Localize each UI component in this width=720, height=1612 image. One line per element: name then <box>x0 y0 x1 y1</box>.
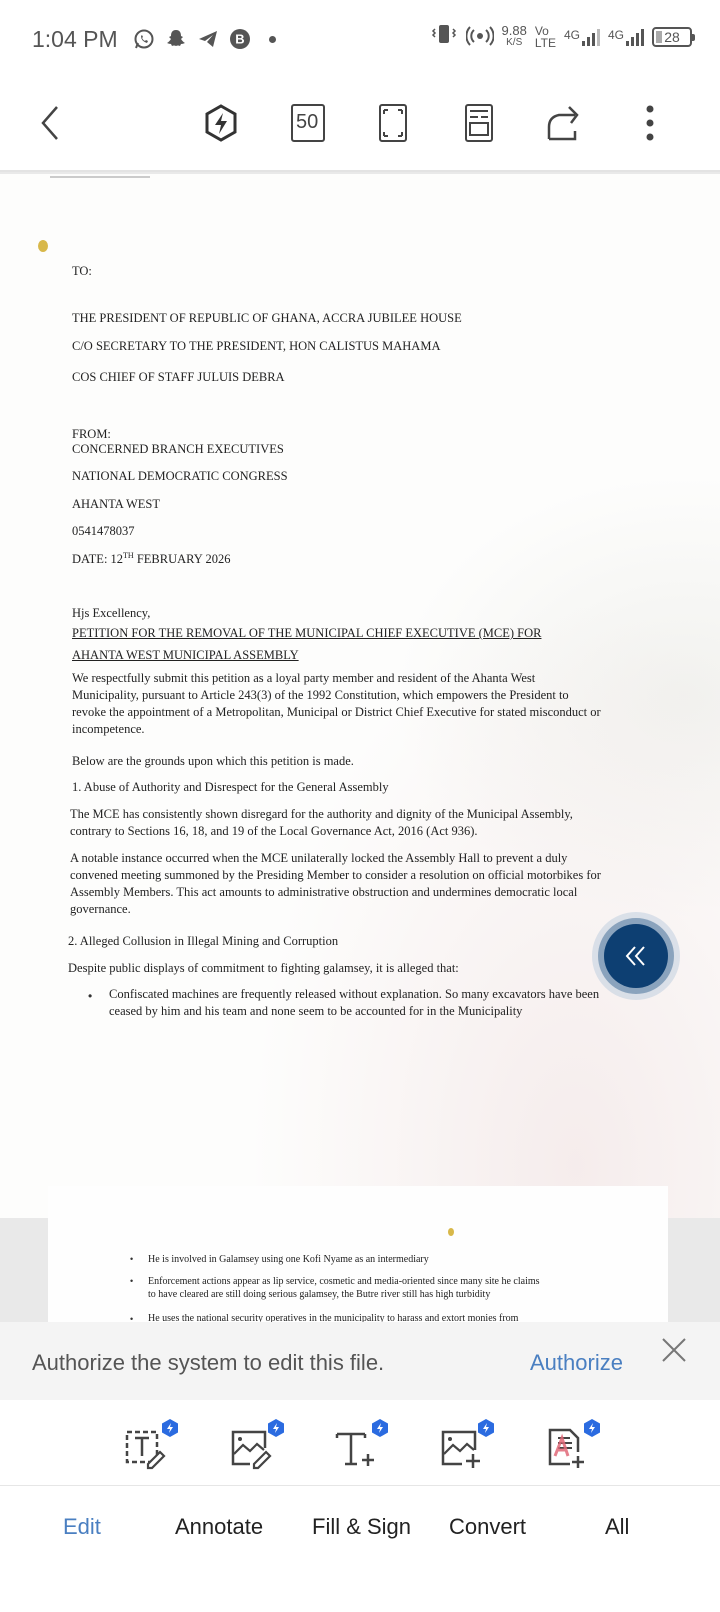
tab-fill-sign[interactable]: Fill & Sign <box>312 1514 411 1540</box>
from-line: NATIONAL DEMOCRATIC CONGRESS <box>72 469 288 484</box>
from-line: CONCERNED BRANCH EXECUTIVES <box>72 442 284 457</box>
b-app-icon: B <box>229 28 251 50</box>
pdf-page-1: TO: THE PRESIDENT OF REPUBLIC OF GHANA, … <box>0 174 720 1218</box>
scan-mark <box>50 176 150 178</box>
hotspot-icon <box>466 22 494 51</box>
to-line: THE PRESIDENT OF REPUBLIC OF GHANA, ACCR… <box>72 311 462 326</box>
stain-mark <box>38 240 48 252</box>
add-text-tool[interactable] <box>334 1418 394 1474</box>
to-label: TO: <box>72 264 92 279</box>
back-button[interactable] <box>26 98 76 148</box>
ground-1-paragraph-1: The MCE has consistently shown disregard… <box>70 806 610 840</box>
whatsapp-icon <box>133 28 155 50</box>
telegram-icon <box>197 28 219 50</box>
page-count-button[interactable]: 50 <box>283 98 333 148</box>
collapse-panel-button[interactable] <box>592 912 680 1000</box>
stain-mark <box>448 1228 454 1236</box>
premium-badge-icon <box>160 1418 180 1438</box>
tab-annotate[interactable]: Annotate <box>175 1514 263 1540</box>
authorize-button[interactable]: Authorize <box>530 1350 623 1376</box>
share-icon <box>545 103 585 143</box>
back-icon <box>31 103 71 143</box>
bullet-mark: • <box>130 1276 133 1286</box>
to-line: COS CHIEF OF STAFF JULUIS DEBRA <box>72 370 285 385</box>
system-indicators: 9.88K/S VoLTE 4G 4G 28 <box>430 22 692 51</box>
more-dot-icon <box>269 36 276 43</box>
network-speed: 9.88K/S <box>502 25 527 49</box>
phone-number: 0541478037 <box>72 524 135 539</box>
volte-indicator: VoLTE <box>535 25 556 49</box>
bottom-tab-bar: Edit Annotate Fill & Sign Convert All <box>0 1486 720 1612</box>
premium-badge-icon <box>476 1418 496 1438</box>
bullet-mark: • <box>88 989 92 1003</box>
boost-button[interactable] <box>196 98 246 148</box>
share-button[interactable] <box>540 98 590 148</box>
lightning-hexagon-icon <box>201 103 241 143</box>
status-time: 1:04 PM <box>32 26 118 53</box>
tab-edit[interactable]: Edit <box>63 1514 101 1540</box>
from-label: FROM: <box>72 427 111 442</box>
page2-bullet: Enforcement actions appear as lip servic… <box>148 1275 618 1301</box>
salutation: Hjs Excellency, <box>72 606 150 621</box>
ground-2-title: 2. Alleged Collusion in Illegal Mining a… <box>68 934 338 949</box>
edit-text-tool[interactable] <box>124 1418 184 1474</box>
edit-image-tool[interactable] <box>230 1418 290 1474</box>
page2-bullet: He is involved in Galamsey using one Kof… <box>148 1254 429 1265</box>
subject-line: AHANTA WEST MUNICIPAL ASSEMBLY <box>72 648 299 663</box>
svg-text:B: B <box>235 32 244 47</box>
ground-1-paragraph-2: A notable instance occurred when the MCE… <box>70 850 630 918</box>
from-line: AHANTA WEST <box>72 497 160 512</box>
authorize-banner: Authorize the system to edit this file. … <box>0 1322 720 1400</box>
close-icon[interactable] <box>660 1336 688 1364</box>
pdf-page-2: • He is involved in Galamsey using one K… <box>48 1186 668 1324</box>
fit-screen-button[interactable] <box>368 98 418 148</box>
intro-paragraph: We respectfully submit this petition as … <box>72 670 632 738</box>
tab-convert[interactable]: Convert <box>449 1514 526 1540</box>
double-chevron-left-icon <box>622 942 650 970</box>
signal-sim1: 4G <box>564 28 600 46</box>
authorize-message: Authorize the system to edit this file. <box>32 1350 384 1376</box>
edit-tools-row <box>0 1400 720 1486</box>
premium-badge-icon <box>582 1418 602 1438</box>
more-options-button[interactable] <box>625 98 675 148</box>
status-bar: 1:04 PM B 9.88K/S VoLTE 4G 4G 28 <box>0 0 720 80</box>
premium-badge-icon <box>266 1418 286 1438</box>
battery-indicator: 28 <box>652 27 692 47</box>
add-image-tool[interactable] <box>440 1418 500 1474</box>
subject-line: PETITION FOR THE REMOVAL OF THE MUNICIPA… <box>72 626 541 641</box>
ground-2-bullet: Confiscated machines are frequently rele… <box>109 986 629 1020</box>
ground-1-title: 1. Abuse of Authority and Disrespect for… <box>72 780 389 795</box>
bullet-mark: • <box>130 1254 133 1264</box>
date-line: DATE: 12TH FEBRUARY 2026 <box>72 551 231 567</box>
top-toolbar: 50 <box>0 80 720 172</box>
notification-icons: B <box>133 28 276 50</box>
add-watermark-tool[interactable] <box>546 1418 606 1474</box>
vibrate-icon <box>430 23 458 50</box>
grounds-intro: Below are the grounds upon which this pe… <box>72 754 354 769</box>
more-vertical-icon <box>630 103 670 143</box>
ground-2-intro: Despite public displays of commitment to… <box>68 961 459 976</box>
snapchat-icon <box>165 28 187 50</box>
tab-all[interactable]: All <box>605 1514 629 1540</box>
fit-screen-icon <box>373 103 413 143</box>
page-count: 50 <box>296 111 318 134</box>
page-layout-button[interactable] <box>454 98 504 148</box>
premium-badge-icon <box>370 1418 390 1438</box>
signal-sim2: 4G <box>608 28 644 46</box>
document-viewer[interactable]: TO: THE PRESIDENT OF REPUBLIC OF GHANA, … <box>0 174 720 1324</box>
page-layout-icon <box>459 103 499 143</box>
to-line: C/O SECRETARY TO THE PRESIDENT, HON CALI… <box>72 339 440 354</box>
